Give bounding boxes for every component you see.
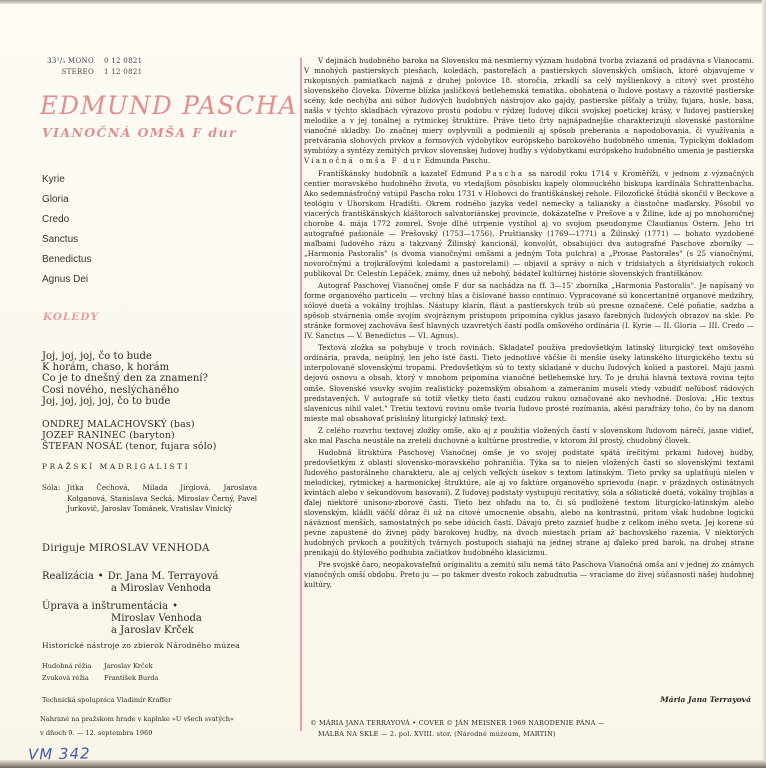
direction-role: Zvuková réžia <box>42 673 104 685</box>
direction-name: František Burda <box>104 673 158 685</box>
essay-paragraph: Textová zložka sa pohybuje v troch rovin… <box>304 343 754 423</box>
sola-credits: Sóla: Jitka Čechová, Milada Jirglová, Ja… <box>42 483 257 515</box>
essay-paragraph: Františkánsky hudobník a kazateľ Edmund … <box>304 169 754 280</box>
movement-list: Kyrie Gloria Credo Sanctus Benedictus Ag… <box>42 172 91 292</box>
arrangement-name-1: Miroslav Venhoda <box>42 613 202 625</box>
sola-label: Sóla: <box>42 483 60 494</box>
arrangement-name-2: a Jaroslav Krček <box>42 625 202 637</box>
format-label: STEREO <box>40 67 104 78</box>
catalog-row-stereo: STEREO 1 12 0821 <box>40 67 142 78</box>
soloist: ŠTEFAN NOSÁĽ (tenor, fujara sólo) <box>42 441 217 452</box>
direction-role: Hudobná réžia <box>42 661 104 673</box>
carol-list: Joj, joj, joj, čo to bude K horám, chaso… <box>42 351 208 407</box>
carol-item: Joj, joj, joj, čo to bude <box>42 351 208 362</box>
carol-item: K horám, chaso, k horám <box>42 362 208 373</box>
sola-names: Jitka Čechová, Milada Jirglová, Jaroslav… <box>67 483 257 515</box>
soloist: ONDREJ MALACHOVSKÝ (bas) <box>42 419 217 430</box>
conductor-credit: Diriguje MIROSLAV VENHODA <box>42 543 210 554</box>
choir-name: PRAŽSKÍ MADRIGALISTI <box>42 462 190 471</box>
direction-name: Jaroslav Krček <box>104 661 153 673</box>
soloist: JOZEF RANINEC (baryton) <box>42 430 217 441</box>
album-back-cover: 33¹/₃ MONO 0 12 0821 STEREO 1 12 0821 ED… <box>0 0 766 768</box>
left-column: 33¹/₃ MONO 0 12 0821 STEREO 1 12 0821 ED… <box>0 0 295 768</box>
essay-text: V dejinách hudobného baroka na Slovensku… <box>304 56 754 155</box>
bullet-icon: • <box>98 571 104 582</box>
direction-credits: Hudobná réžia Jaroslav Krček Zvuková réž… <box>42 661 158 684</box>
essay-text: Edmunda Paschu. <box>422 156 490 165</box>
direction-row: Hudobná réžia Jaroslav Krček <box>42 661 158 673</box>
movement-item: Credo <box>42 212 91 232</box>
essay-text: sa narodil roku 1714 v Kroměříži, v jedn… <box>304 169 754 278</box>
catalog-number: 1 12 0821 <box>104 67 142 78</box>
technical-credit: Technická spolupráca Vladimír Kraffer <box>42 696 171 704</box>
essay-paragraph: Z celého rozvrhu textovej zložky omše, a… <box>304 426 754 446</box>
realization-label: Realizácia <box>42 571 94 582</box>
movement-item: Sanctus <box>42 232 91 252</box>
arrangement-credit: Úprava a inštrumentácia• Miroslav Venhod… <box>42 601 202 638</box>
essay-paragraph: V dejinách hudobného baroka na Slovensku… <box>304 56 754 167</box>
format-label: 33¹/₃ MONO <box>40 56 104 67</box>
essay-paragraph: Pre svojské čaro, neopakovateľnú origina… <box>304 560 754 590</box>
realization-name-2: a Miroslav Venhoda <box>42 583 219 595</box>
work-title: VIANOČNÁ OMŠA F dur <box>42 125 237 140</box>
realization-credit: Realizácia•Dr. Jana M. Terrayová a Miros… <box>42 571 219 595</box>
essay-paragraph: Hudobná štruktúra Paschovej Vianočnej om… <box>304 448 754 559</box>
recording-location: Nahrané na pražskom hrade v kaplnke »U v… <box>40 712 234 726</box>
recording-date: v dňoch 9. — 12. septembra 1969 <box>40 726 234 740</box>
direction-row: Zvuková réžia František Burda <box>42 673 158 685</box>
movement-item: Kyrie <box>42 172 91 192</box>
artist-name: EDMUND PASCHA <box>40 91 298 120</box>
realization-name-1: Dr. Jana M. Terrayová <box>108 571 219 582</box>
carol-item: Co je to dnešný den za znamení? <box>42 373 208 384</box>
movement-item: Gloria <box>42 192 91 212</box>
copyright-notice: © MÁRIA JANA TERRAYOVÁ • COVER © JÁN MEI… <box>310 718 730 740</box>
column-divider <box>300 58 302 731</box>
carol-item: Joj, joj, joj, joj, čo to bude <box>42 396 208 407</box>
movement-item: Agnus Dei <box>42 272 91 292</box>
catalog-number: 0 12 0821 <box>104 56 142 67</box>
copyright-line: MALBA NA SKLE — 2. pol. XVIII. stor. (Ná… <box>310 729 730 740</box>
catalog-row-mono: 33¹/₃ MONO 0 12 0821 <box>40 56 142 67</box>
essay-author: Mária Jana Terrayová <box>304 695 751 704</box>
movement-item: Benedictus <box>42 252 91 272</box>
right-edge <box>762 0 766 768</box>
recording-note: Nahrané na pražskom hrade v kaplnke »U v… <box>40 712 234 740</box>
instruments-note: Historické nástroje zo zbierok Národného… <box>42 641 240 650</box>
emphasized-title: Vianočná omša F dur <box>304 156 422 165</box>
liner-notes: V dejinách hudobného baroka na Slovensku… <box>304 56 754 590</box>
handwritten-mark: VM 342 <box>28 744 91 763</box>
bullet-icon: • <box>172 601 178 612</box>
essay-paragraph: Autograf Paschovej Vianočnej omše F dur … <box>304 281 754 341</box>
catalog-numbers: 33¹/₃ MONO 0 12 0821 STEREO 1 12 0821 <box>40 56 142 78</box>
koledy-heading: KOLEDY <box>43 311 99 323</box>
arrangement-label: Úprava a inštrumentácia <box>42 601 168 612</box>
soloist-list: ONDREJ MALACHOVSKÝ (bas) JOZEF RANINEC (… <box>42 419 217 453</box>
copyright-line: © MÁRIA JANA TERRAYOVÁ • COVER © JÁN MEI… <box>310 718 730 729</box>
emphasized-name: Pascha <box>486 169 524 178</box>
essay-text: Františkánsky hudobník a kazateľ Edmund <box>318 169 486 178</box>
carol-item: Cosi nového, neslýchaného <box>42 385 208 396</box>
